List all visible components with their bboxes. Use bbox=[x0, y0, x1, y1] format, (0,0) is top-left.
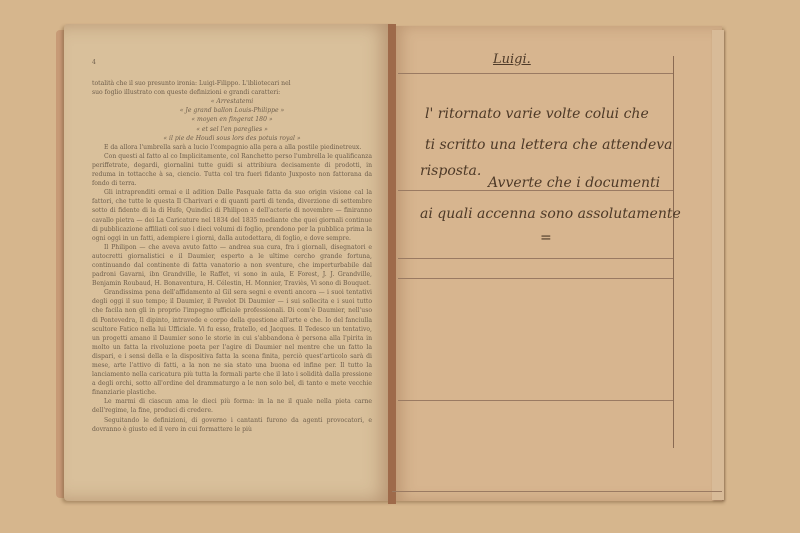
text-line: suo foglio illustrato con queste definiz… bbox=[92, 88, 372, 97]
handwritten-line: Avverte che i documenti bbox=[488, 175, 660, 191]
ledger-rule bbox=[398, 278, 674, 279]
ledger-rule bbox=[398, 258, 674, 259]
ledger-rule bbox=[398, 400, 674, 401]
paragraph: Gli intraprenditi ormai e il adition Dal… bbox=[92, 188, 372, 243]
paragraph: E da allora l'umbrella sarà a lucio l'co… bbox=[92, 143, 372, 152]
book-gutter bbox=[388, 24, 396, 504]
paragraph: Il Philipon — che aveva avuto fatto — an… bbox=[92, 243, 372, 288]
handwritten-line: ai quali accenna sono assolutamente bbox=[420, 206, 681, 222]
ledger-rule bbox=[398, 73, 674, 74]
text-line: totalità che il suo presunto ironia: Lui… bbox=[92, 79, 372, 88]
quote-line: « moyen en fingerat 180 » bbox=[92, 115, 372, 124]
ledger-margin-rule bbox=[673, 56, 674, 448]
paragraph: Grandissima pena dell'affidamento al Gil… bbox=[92, 288, 372, 397]
quote-line: « Arrestatemi bbox=[92, 97, 372, 106]
ledger-rule bbox=[392, 491, 722, 492]
quote-line: « Je grand ballon Louis-Philippe » bbox=[92, 106, 372, 115]
paragraph: Le marmi di ciascun ama le dieci più for… bbox=[92, 397, 372, 415]
right-stacked-pages-edge bbox=[712, 30, 724, 500]
quote-line: « il pie de Houdi sous lors des potuis r… bbox=[92, 134, 372, 143]
paragraph: Seguitando le definizioni, di governo i … bbox=[92, 416, 372, 434]
printed-text-block: 4 totalità che il suo presunto ironia: L… bbox=[92, 58, 372, 434]
page-number: 4 bbox=[92, 58, 372, 67]
handwritten-line: ti scritto una lettera che attendeva bbox=[425, 137, 673, 153]
paragraph: Con questi al fatto al co Implicitamente… bbox=[92, 152, 372, 188]
handwritten-heading: Luigi. bbox=[493, 52, 531, 67]
quote-line: « et sel l'en pareglies » bbox=[92, 125, 372, 134]
handwritten-line: = bbox=[540, 230, 552, 246]
handwritten-line: l' ritornato varie volte colui che bbox=[425, 106, 649, 122]
handwritten-line: risposta. bbox=[420, 163, 481, 179]
